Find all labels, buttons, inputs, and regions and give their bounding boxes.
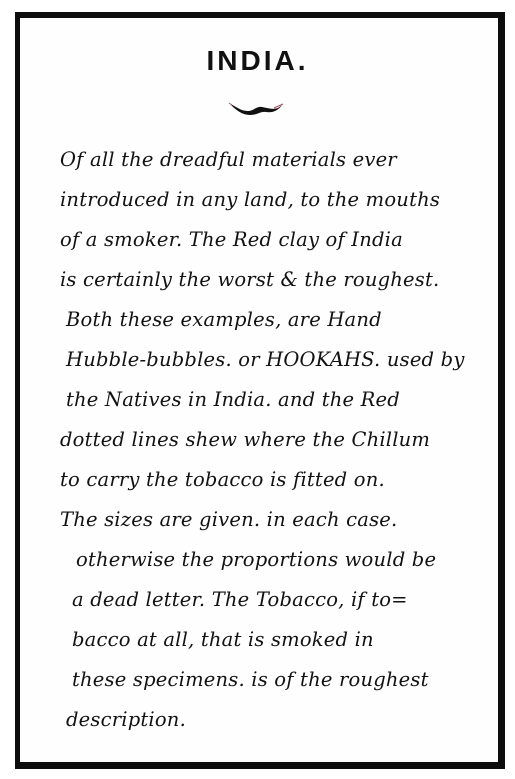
text-line: Both these examples, are Hand [60, 300, 480, 340]
text-line: introduced in any land, to the mouths [60, 180, 480, 220]
text-line: these specimens. is of the roughest [60, 660, 480, 700]
text-line: description. [60, 700, 480, 740]
ornament-flourish-icon [228, 98, 284, 118]
text-line: the Natives in India. and the Red [60, 380, 480, 420]
text-line: The sizes are given. in each case. [60, 500, 480, 540]
text-line: a dead letter. The Tobacco, if to= [60, 580, 480, 620]
text-line: Of all the dreadful materials ever [60, 140, 480, 180]
text-line: otherwise the proportions would be [60, 540, 480, 580]
text-line: dotted lines shew where the Chillum [60, 420, 480, 460]
text-line: to carry the tobacco is fitted on. [60, 460, 480, 500]
handwritten-passage: Of all the dreadful materials ever intro… [60, 140, 480, 740]
text-line: Hubble-bubbles. or HOOKAHS. used by [60, 340, 480, 380]
page-title: INDIA. [0, 45, 515, 77]
text-line: of a smoker. The Red clay of India [60, 220, 480, 260]
text-line: bacco at all, that is smoked in [60, 620, 480, 660]
text-line: is certainly the worst & the roughest. [60, 260, 480, 300]
